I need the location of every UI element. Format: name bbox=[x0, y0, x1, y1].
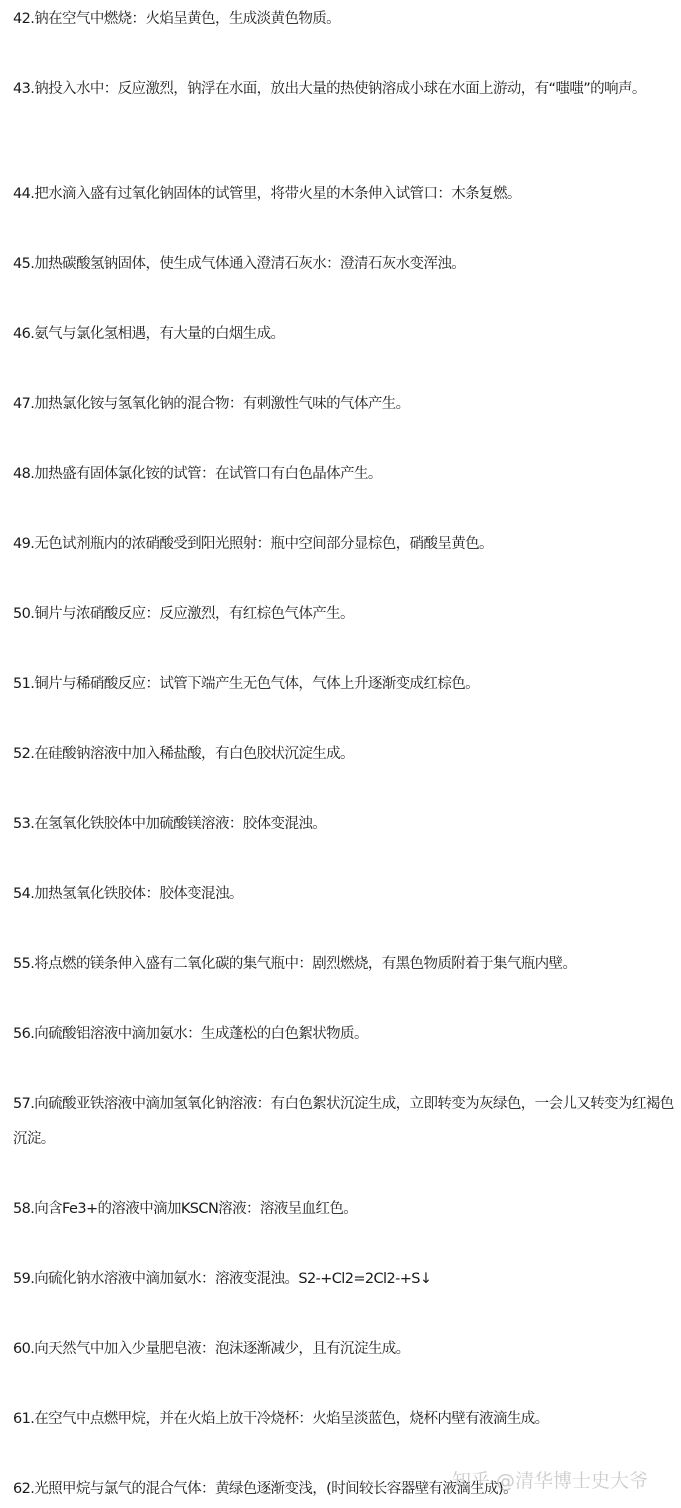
list-item-57: 57.向硫酸亚铁溶液中滴加氢氧化钠溶液：有白色絮状沉淀生成，立即转变为灰绿色，一… bbox=[13, 1087, 675, 1157]
list-item-48: 48.加热盛有固体氯化铵的试管：在试管口有白色晶体产生。 bbox=[13, 457, 675, 492]
list-item-50: 50.铜片与浓硝酸反应：反应激烈，有红棕色气体产生。 bbox=[13, 597, 675, 632]
list-item-60: 60.向天然气中加入少量肥皂液：泡沫逐渐减少，且有沉淀生成。 bbox=[13, 1332, 675, 1367]
list-item-52: 52.在硅酸钠溶液中加入稀盐酸，有白色胶状沉淀生成。 bbox=[13, 737, 675, 772]
list-item-59: 59.向硫化钠水溶液中滴加氨水：溶液变混浊。S2-+Cl2=2Cl2-+S↓ bbox=[13, 1262, 675, 1297]
list-item-43: 43.钠投入水中：反应激烈，钠浮在水面，放出大量的热使钠溶成小球在水面上游动，有… bbox=[13, 72, 675, 107]
list-item-56: 56.向硫酸铝溶液中滴加氨水：生成蓬松的白色絮状物质。 bbox=[13, 1017, 675, 1052]
list-item-51: 51.铜片与稀硝酸反应：试管下端产生无色气体，气体上升逐渐变成红棕色。 bbox=[13, 667, 675, 702]
list-item-55: 55.将点燃的镁条伸入盛有二氧化碳的集气瓶中：剧烈燃烧，有黑色物质附着于集气瓶内… bbox=[13, 947, 675, 982]
list-item-58: 58.向含Fe3+的溶液中滴加KSCN溶液：溶液呈血红色。 bbox=[13, 1192, 675, 1227]
list-item-42: 42.钠在空气中燃烧：火焰呈黄色，生成淡黄色物质。 bbox=[13, 2, 675, 37]
list-item-47: 47.加热氯化铵与氢氧化钠的混合物：有刺激性气味的气体产生。 bbox=[13, 387, 675, 422]
list-item-54: 54.加热氢氧化铁胶体：胶体变混浊。 bbox=[13, 877, 675, 912]
zhihu-watermark: 知乎 @清华博士史大爷 bbox=[452, 1466, 648, 1493]
list-item-46: 46.氨气与氯化氢相遇，有大量的白烟生成。 bbox=[13, 317, 675, 352]
list-item-44: 44.把水滴入盛有过氧化钠固体的试管里，将带火星的木条伸入试管口：木条复燃。 bbox=[13, 177, 675, 212]
list-item-45: 45.加热碳酸氢钠固体，使生成气体通入澄清石灰水：澄清石灰水变浑浊。 bbox=[13, 247, 675, 282]
list-item-53: 53.在氢氧化铁胶体中加硫酸镁溶液：胶体变混浊。 bbox=[13, 807, 675, 842]
list-item-49: 49.无色试剂瓶内的浓硝酸受到阳光照射：瓶中空间部分显棕色，硝酸呈黄色。 bbox=[13, 527, 675, 562]
list-item-61: 61.在空气中点燃甲烷，并在火焰上放干冷烧杯：火焰呈淡蓝色，烧杯内壁有液滴生成。 bbox=[13, 1402, 675, 1437]
